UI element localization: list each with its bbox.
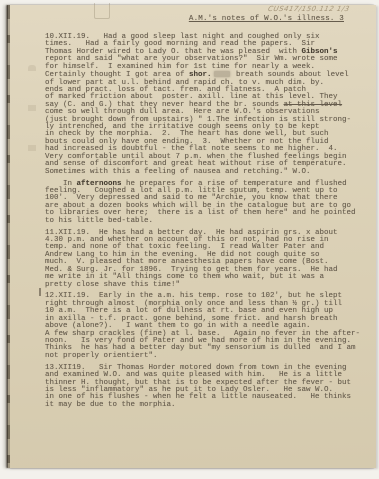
typed-line: to his little bed-table.: [45, 218, 371, 225]
pencil-margin-mark: [39, 288, 41, 296]
typed-line: pretty close shave this time!": [45, 282, 371, 289]
paragraph: In afternoons he prepares for a rise of …: [45, 181, 371, 226]
document-scan: { "document": { "annotation": "CUS417/15…: [0, 0, 379, 479]
page-heading: A.M.'s notes of W.O.'s illness. 3: [189, 15, 344, 23]
typed-line: Sometimes with this a feeling of nausea …: [45, 169, 371, 176]
typed-body: 10.XII.19. Had a good sleep last night a…: [45, 34, 371, 414]
paperclip-mark: [94, 3, 110, 19]
paper-edge-shadow: [7, 5, 10, 468]
typed-line: not properly orientiert".: [45, 353, 371, 360]
typed-line: for himself. I examined him for 1st time…: [45, 64, 371, 71]
paragraph: 10.XII.19. Had a good sleep last night a…: [45, 34, 371, 176]
paper-stain: [28, 65, 36, 185]
typed-line: it may be due to the morphia.: [45, 402, 371, 409]
ink-blot: [214, 71, 230, 77]
paper-sheet: CUS417/150.112 1/3 A.M.'s notes of W.O.'…: [8, 5, 376, 468]
paragraph: 11.XII.19. He has had a better day. He h…: [45, 230, 371, 289]
paragraph: 13.XII19. Sir Thomas Horder motored down…: [45, 365, 371, 410]
paragraph: 12.XII.19. Early in the a.m. his temp. r…: [45, 293, 371, 360]
archive-reference-handwritten: CUS417/150.112 1/3: [268, 5, 351, 13]
